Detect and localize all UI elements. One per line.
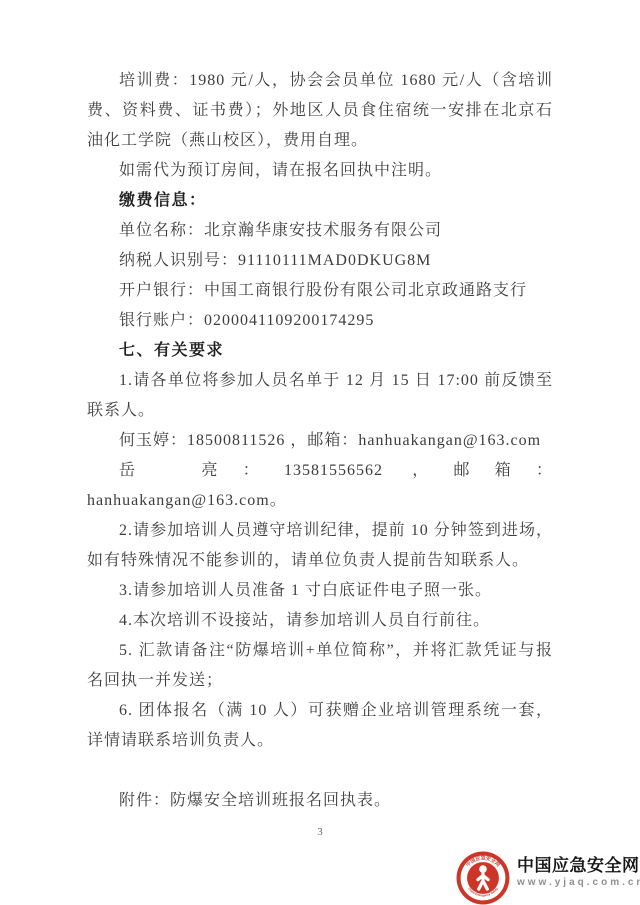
- paragraph-requirement-3: 3.请参加培训人员准备 1 寸白底证件电子照一张。: [87, 576, 553, 606]
- paragraph-room-booking: 如需代为预订房间，请在报名回执中注明。: [87, 156, 553, 186]
- paragraph-bank-account: 银行账户：0200041109200174295: [87, 306, 553, 336]
- paragraph-bank-name: 开户银行：中国工商银行股份有限公司北京政通路支行: [87, 276, 553, 306]
- document-page: 培训费：1980 元/人，协会会员单位 1680 元/人（含培训费、资料费、证书…: [0, 0, 640, 905]
- paragraph-company-name: 单位名称：北京瀚华康安技术服务有限公司: [87, 216, 553, 246]
- paragraph-requirement-4: 4.本次培训不设接站，请参加培训人员自行前往。: [87, 606, 553, 636]
- site-name: 中国应急安全网: [517, 857, 640, 875]
- site-url: www.yjaq.com.cn: [517, 877, 640, 889]
- paragraph-attachment: 附件：防爆安全培训班报名回执表。: [87, 786, 553, 816]
- paragraph-training-fee: 培训费：1980 元/人，协会会员单位 1680 元/人（含培训费、资料费、证书…: [87, 66, 553, 156]
- paragraph-requirement-2: 2.请参加培训人员遵守培训纪律，提前 10 分钟签到进场，如有特殊情况不能参训的…: [87, 516, 553, 576]
- page-number: 3: [0, 826, 640, 838]
- heading-payment-info: 缴费信息：: [87, 186, 553, 216]
- paragraph-taxpayer-id: 纳税人识别号：91110111MAD0DKUG8M: [87, 246, 553, 276]
- paragraph-requirement-6: 6. 团体报名（满 10 人）可获赠企业培训管理系统一套，详情请联系培训负责人。: [87, 696, 553, 756]
- document-body: 培训费：1980 元/人，协会会员单位 1680 元/人（含培训费、资料费、证书…: [87, 66, 553, 816]
- paragraph-contact-yue: 岳 亮：13581556562 ，邮箱：hanhuakangan@163.com…: [87, 456, 553, 516]
- footer-text-block: 中国应急安全网 www.yjaq.com.cn: [517, 851, 640, 889]
- paragraph-contact-he: 何玉婷：18500811526 ，邮箱：hanhuakangan@163.com: [87, 426, 553, 456]
- paragraph-requirement-5: 5. 汇款请备注“防爆培训+单位简称”，并将汇款凭证与报名回执一并发送；: [87, 636, 553, 696]
- site-footer: 中国应急安全网 China Emergency Safety 中国应急安全网 w…: [456, 851, 640, 905]
- heading-requirements: 七、有关要求: [87, 336, 553, 366]
- emergency-safety-logo-icon: 中国应急安全网 China Emergency Safety: [456, 851, 510, 905]
- paragraph-requirement-1: 1.请各单位将参加人员名单于 12 月 15 日 17:00 前反馈至联系人。: [87, 366, 553, 426]
